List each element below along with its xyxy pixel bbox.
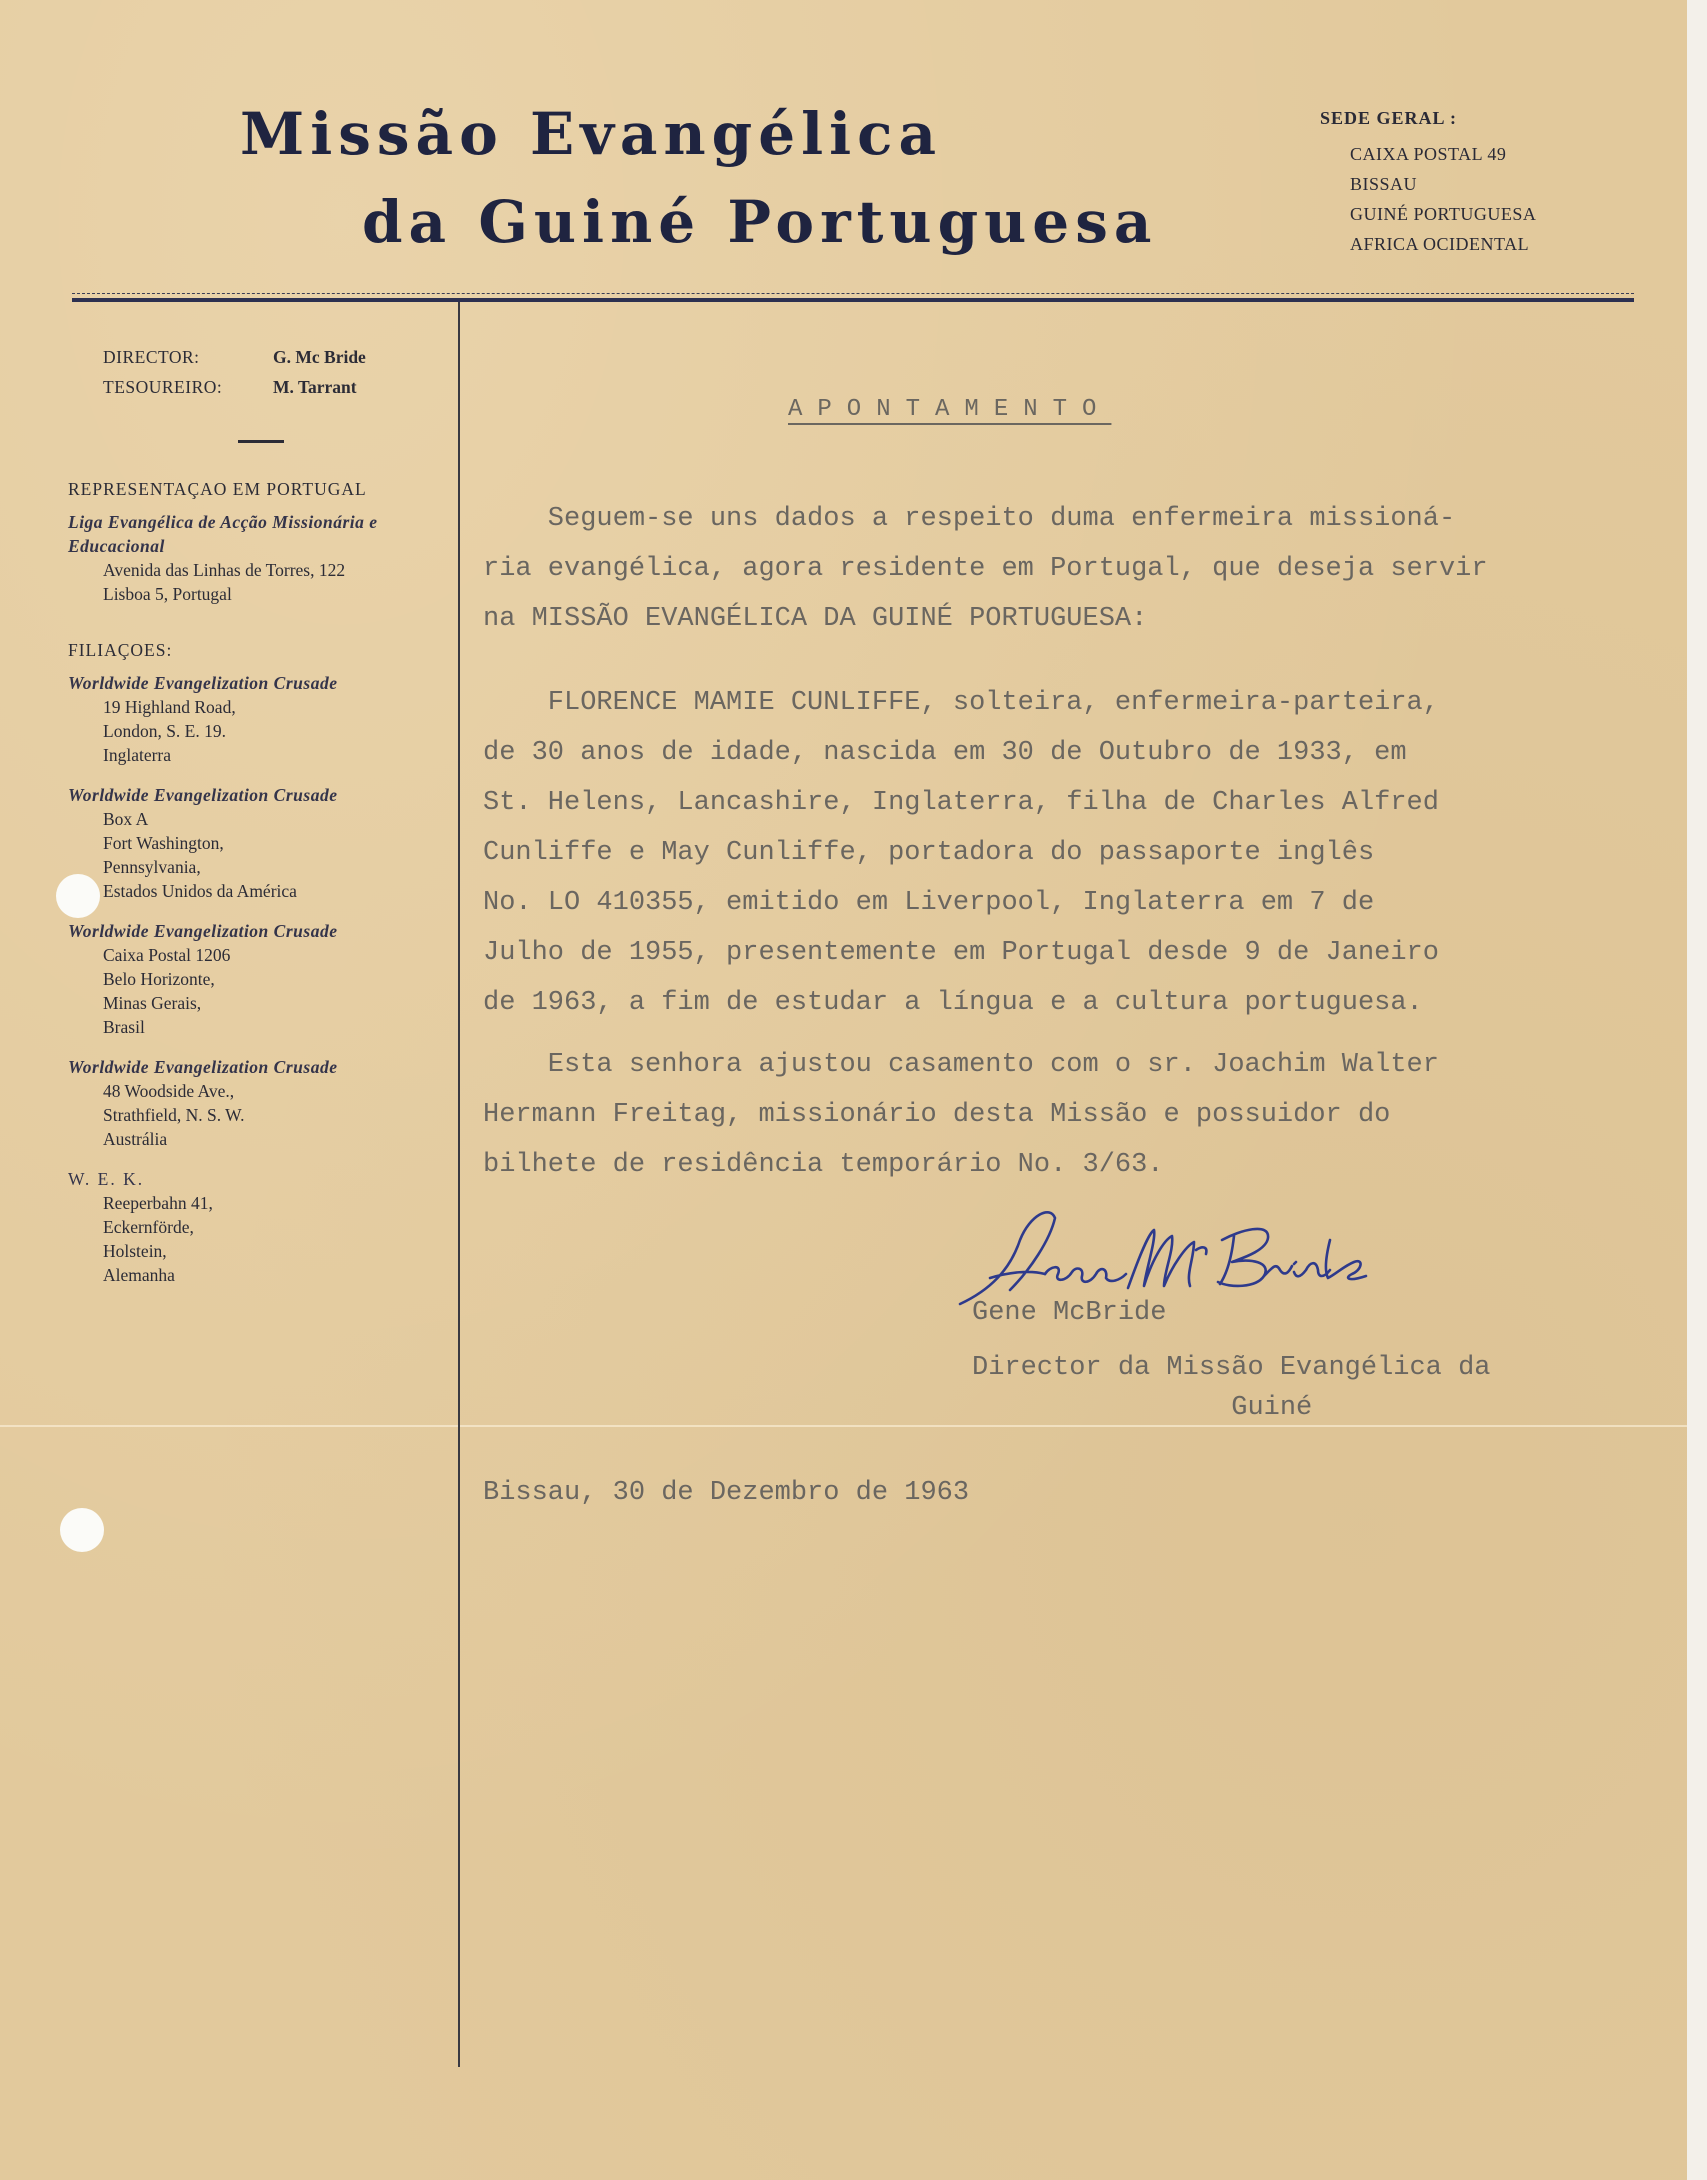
signer-title: Director da Missão Evangélica da Guiné bbox=[972, 1348, 1490, 1428]
headquarters-line: AFRICA OCIDENTAL bbox=[1350, 229, 1536, 259]
role-label: DIRECTOR: bbox=[103, 342, 273, 372]
headquarters-heading: SEDE GERAL : bbox=[1320, 108, 1536, 129]
paragraph-intro: Seguem-se uns dados a respeito duma enfe… bbox=[483, 494, 1633, 644]
address-line: 19 Highland Road, bbox=[103, 695, 460, 719]
address-line: London, S. E. 19. bbox=[103, 719, 460, 743]
address-line: Alemanha bbox=[103, 1263, 460, 1287]
affiliation-org: W. E. K. bbox=[68, 1167, 460, 1191]
address-line: Inglaterra bbox=[103, 743, 460, 767]
role-director: DIRECTOR: G. Mc Bride bbox=[103, 342, 460, 372]
headquarters-line: BISSAU bbox=[1350, 169, 1536, 199]
letterhead-dashed-rule bbox=[72, 293, 1634, 295]
representation-org: Liga Evangélica de Acção Missionária e E… bbox=[68, 510, 460, 558]
affiliation-item: Worldwide Evangelization Crusade 19 High… bbox=[68, 671, 460, 767]
headquarters-address: SEDE GERAL : CAIXA POSTAL 49 BISSAU GUIN… bbox=[1320, 108, 1536, 259]
role-name: G. Mc Bride bbox=[273, 342, 366, 372]
handwritten-signature bbox=[950, 1200, 1370, 1310]
affiliation-item: W. E. K. Reeperbahn 41, Eckernförde, Hol… bbox=[68, 1167, 460, 1287]
address-line: 48 Woodside Ave., bbox=[103, 1079, 460, 1103]
address-line: Holstein, bbox=[103, 1239, 460, 1263]
headquarters-line: GUINÉ PORTUGUESA bbox=[1350, 199, 1536, 229]
role-treasurer: TESOUREIRO: M. Tarrant bbox=[103, 372, 460, 402]
address-line: Belo Horizonte, bbox=[103, 967, 460, 991]
document-heading: APONTAMENTO bbox=[788, 396, 1111, 423]
address-line: Caixa Postal 1206 bbox=[103, 943, 460, 967]
representation-heading: REPRESENTAÇAO EM PORTUGAL bbox=[68, 479, 460, 500]
role-name: M. Tarrant bbox=[273, 372, 357, 402]
signer-name: Gene McBride bbox=[972, 1298, 1166, 1328]
date-line: Bissau, 30 de Dezembro de 1963 bbox=[483, 1478, 969, 1508]
paragraph-details: FLORENCE MAMIE CUNLIFFE, solteira, enfer… bbox=[483, 678, 1633, 1028]
letterhead-rule bbox=[72, 298, 1634, 302]
letterhead-title-line1: Missão Evangélica bbox=[240, 100, 942, 168]
affiliation-org: Worldwide Evangelization Crusade bbox=[68, 671, 460, 695]
affiliation-org: Worldwide Evangelization Crusade bbox=[68, 919, 460, 943]
role-label: TESOUREIRO: bbox=[103, 372, 273, 402]
address-line: Minas Gerais, bbox=[103, 991, 460, 1015]
address-line: Eckernförde, bbox=[103, 1215, 460, 1239]
punch-hole bbox=[56, 874, 100, 918]
affiliation-org: Worldwide Evangelization Crusade bbox=[68, 1055, 460, 1079]
address-line: Reeperbahn 41, bbox=[103, 1191, 460, 1215]
address-line: Lisboa 5, Portugal bbox=[103, 582, 460, 606]
affiliation-org: Worldwide Evangelization Crusade bbox=[68, 783, 460, 807]
sidebar: DIRECTOR: G. Mc Bride TESOUREIRO: M. Tar… bbox=[68, 342, 460, 1303]
affiliation-item: Worldwide Evangelization Crusade 48 Wood… bbox=[68, 1055, 460, 1151]
affiliation-item: Worldwide Evangelization Crusade Box A F… bbox=[68, 783, 460, 903]
headquarters-line: CAIXA POSTAL 49 bbox=[1350, 139, 1536, 169]
address-line: Estados Unidos da América bbox=[103, 879, 460, 903]
address-line: Avenida das Linhas de Torres, 122 bbox=[103, 558, 460, 582]
representation-section: REPRESENTAÇAO EM PORTUGAL Liga Evangélic… bbox=[68, 479, 460, 606]
address-line: Strathfield, N. S. W. bbox=[103, 1103, 460, 1127]
separator bbox=[238, 440, 284, 443]
address-line: Fort Washington, bbox=[103, 831, 460, 855]
page-edge bbox=[1687, 0, 1707, 2180]
affiliation-item: Worldwide Evangelization Crusade Caixa P… bbox=[68, 919, 460, 1039]
address-line: Brasil bbox=[103, 1015, 460, 1039]
address-line: Pennsylvania, bbox=[103, 855, 460, 879]
paragraph-marriage: Esta senhora ajustou casamento com o sr.… bbox=[483, 1040, 1633, 1190]
letterhead-title-line2: da Guiné Portuguesa bbox=[362, 188, 1157, 256]
punch-hole bbox=[60, 1508, 104, 1552]
affiliations-heading: FILIAÇOES: bbox=[68, 640, 460, 661]
address-line: Box A bbox=[103, 807, 460, 831]
address-line: Austrália bbox=[103, 1127, 460, 1151]
